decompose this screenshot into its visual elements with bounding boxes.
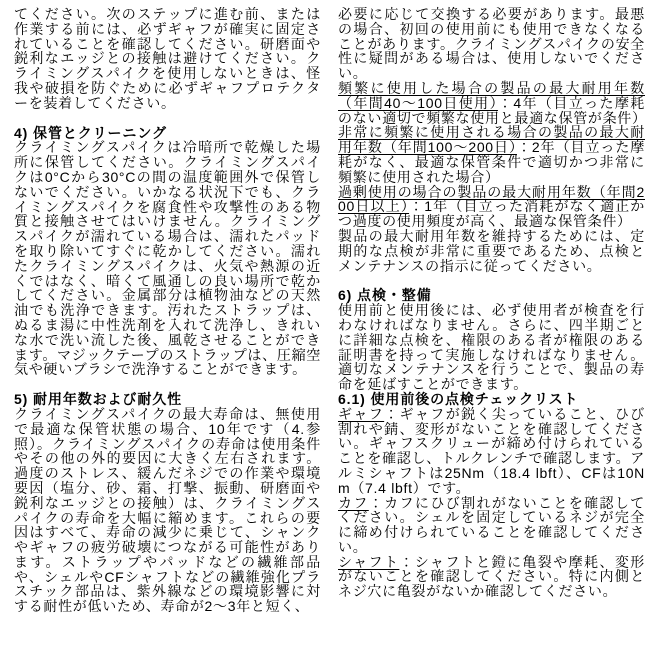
paragraph: 頻繁に使用した場合の製品の最大耐用年数（年間40〜100日使用）：4年（目立った…: [338, 81, 645, 125]
text-run: クライミングスパイクは冷暗所で乾燥した場所に保管してください。クライミングスパイ…: [14, 139, 321, 377]
manual-page: てください。次のステップに進む前、または作業する前には、必ずギャフが確実に固定さ…: [0, 0, 650, 650]
text-run: 必要に応じて交換する必要があります。最悪の場合、初回の使用前にも使用できなくなる…: [338, 6, 645, 81]
section-heading: 6.1) 使用前後の点検チェックリスト: [338, 392, 645, 407]
text-run: ：ギャフが鋭く尖っていること、ひび割れや錆、変形がないことを確認してください。ギ…: [338, 406, 645, 496]
section-heading: 4) 保管とクリーニング: [14, 126, 321, 141]
paragraph: クライミングスパイクの最大寿命は、無使用で最適な保管状態の場合、10年です（4.…: [14, 407, 321, 614]
text-run: 6) 点検・整備: [338, 287, 432, 303]
paragraph: 過剰使用の場合の製品の最大耐用年数（年間200日以上）：1年（目立った消耗がなく…: [338, 185, 645, 229]
text-run: てください。次のステップに進む前、または作業する前には、必ずギャフが確実に固定さ…: [14, 6, 321, 111]
text-run: クライミングスパイクの最大寿命は、無使用で最適な保管状態の場合、10年です（4.…: [14, 406, 321, 614]
paragraph: ギャフ：ギャフが鋭く尖っていること、ひび割れや錆、変形がないことを確認してくださ…: [338, 407, 645, 496]
paragraph: てください。次のステップに進む前、または作業する前には、必ずギャフが確実に固定さ…: [14, 7, 321, 111]
text-run: 使用前と使用後には、必ず使用者が検査を行わなければなりません。さらに、四半期ごと…: [338, 302, 645, 392]
underlined-term: シャフト: [338, 554, 399, 570]
paragraph: カフ：カフにひび割れがないことを確認してください。シェルを固定しているネジが完全…: [338, 496, 645, 555]
paragraph: 使用前と使用後には、必ず使用者が検査を行わなければなりません。さらに、四半期ごと…: [338, 303, 645, 392]
section-heading: 5) 耐用年数および耐久性: [14, 392, 321, 407]
paragraph: 必要に応じて交換する必要があります。最悪の場合、初回の使用前にも使用できなくなる…: [338, 7, 645, 81]
underlined-term: ギャフ: [338, 406, 384, 422]
paragraph: クライミングスパイクは冷暗所で乾燥した場所に保管してください。クライミングスパイ…: [14, 140, 321, 377]
paragraph: シャフト：シャフトと鐙に亀裂や摩耗、変形がないことを確認してください。特に内側と…: [338, 555, 645, 599]
right-text-column: 必要に応じて交換する必要があります。最悪の場合、初回の使用前にも使用できなくなる…: [338, 7, 645, 650]
paragraph: 非常に頻繁に使用される場合の製品の最大耐用年数（年間100〜200日）：2年（目…: [338, 125, 645, 184]
text-run: 製品の最大耐用年数を維持するためには、定期的な点検が非常に重要であるため、点検と…: [338, 228, 645, 274]
text-run: 6.1) 使用前後の点検チェックリスト: [338, 391, 578, 407]
paragraph: 製品の最大耐用年数を維持するためには、定期的な点検が非常に重要であるため、点検と…: [338, 229, 645, 273]
text-run: 4) 保管とクリーニング: [14, 125, 167, 141]
left-text-column: てください。次のステップに進む前、または作業する前には、必ずギャフが確実に固定さ…: [14, 7, 321, 650]
section-heading: 6) 点検・整備: [338, 288, 645, 303]
text-run: ：カフにひび割れがないことを確認してください。シェルを固定しているネジが完全に締…: [338, 495, 645, 555]
underlined-term: カフ: [338, 495, 369, 511]
text-run: 5) 耐用年数および耐久性: [14, 391, 182, 407]
